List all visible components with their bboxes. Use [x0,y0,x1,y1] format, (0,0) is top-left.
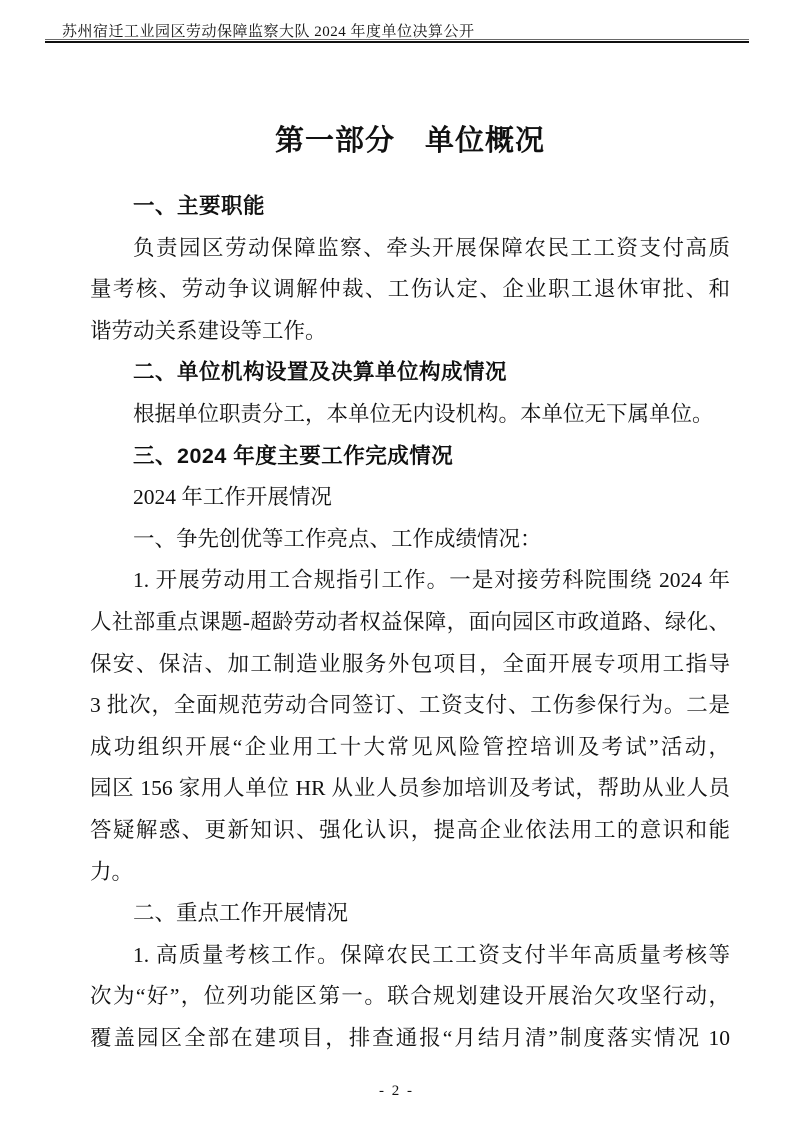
body-text-line: 1. 开展劳动用工合规指引工作。一是对接劳科院围绕 2024 年 [90,560,730,602]
body-text-line: 力。 [90,852,730,894]
body-text-line: 覆盖园区全部在建项目，排查通报“月结月清”制度落实情况 10 [90,1018,730,1060]
page-header-title: 苏州宿迁工业园区劳动保障监察大队 2024 年度单位决算公开 [62,20,475,41]
body-text-line: 谐劳动关系建设等工作。 [90,311,730,353]
header-rule [45,39,749,43]
body-text-line: 一、争先创优等工作亮点、工作成绩情况： [90,519,730,561]
body-text-line: 二、重点工作开展情况 [90,893,730,935]
document-title: 第一部分 单位概况 [90,118,730,164]
body-text-line: 成功组织开展“企业用工十大常见风险管控培训及考试”活动， [90,727,730,769]
body-text-line: 园区 156 家用人单位 HR 从业人员参加培训及考试，帮助从业人员 [90,768,730,810]
body-text-line: 保安、保洁、加工制造业服务外包项目，全面开展专项用工指导 [90,644,730,686]
section-heading-1: 一、主要职能 [90,186,730,228]
body-text-line: 1. 高质量考核工作。保障农民工工资支付半年高质量考核等 [90,935,730,977]
body-text-line: 2024 年工作开展情况 [90,477,730,519]
body-text-line: 量考核、劳动争议调解仲裁、工伤认定、企业职工退休审批、和 [90,269,730,311]
page-number: - 2 - [0,1083,793,1100]
section-heading-2: 二、单位机构设置及决算单位构成情况 [90,352,730,394]
section-heading-3: 三、2024 年度主要工作完成情况 [90,436,730,478]
document-body: 第一部分 单位概况 一、主要职能 负责园区劳动保障监察、牵头开展保障农民工工资支… [90,118,730,1059]
body-text-line: 次为“好”，位列功能区第一。联合规划建设开展治欠攻坚行动， [90,976,730,1018]
body-text-line: 负责园区劳动保障监察、牵头开展保障农民工工资支付高质 [90,228,730,270]
body-text-line: 根据单位职责分工，本单位无内设机构。本单位无下属单位。 [90,394,730,436]
body-text-line: 答疑解惑、更新知识、强化认识，提高企业依法用工的意识和能 [90,810,730,852]
document-page: 苏州宿迁工业园区劳动保障监察大队 2024 年度单位决算公开 第一部分 单位概况… [0,0,793,1122]
body-text-line: 人社部重点课题-超龄劳动者权益保障，面向园区市政道路、绿化、 [90,602,730,644]
body-text-line: 3 批次，全面规范劳动合同签订、工资支付、工伤参保行为。二是 [90,685,730,727]
